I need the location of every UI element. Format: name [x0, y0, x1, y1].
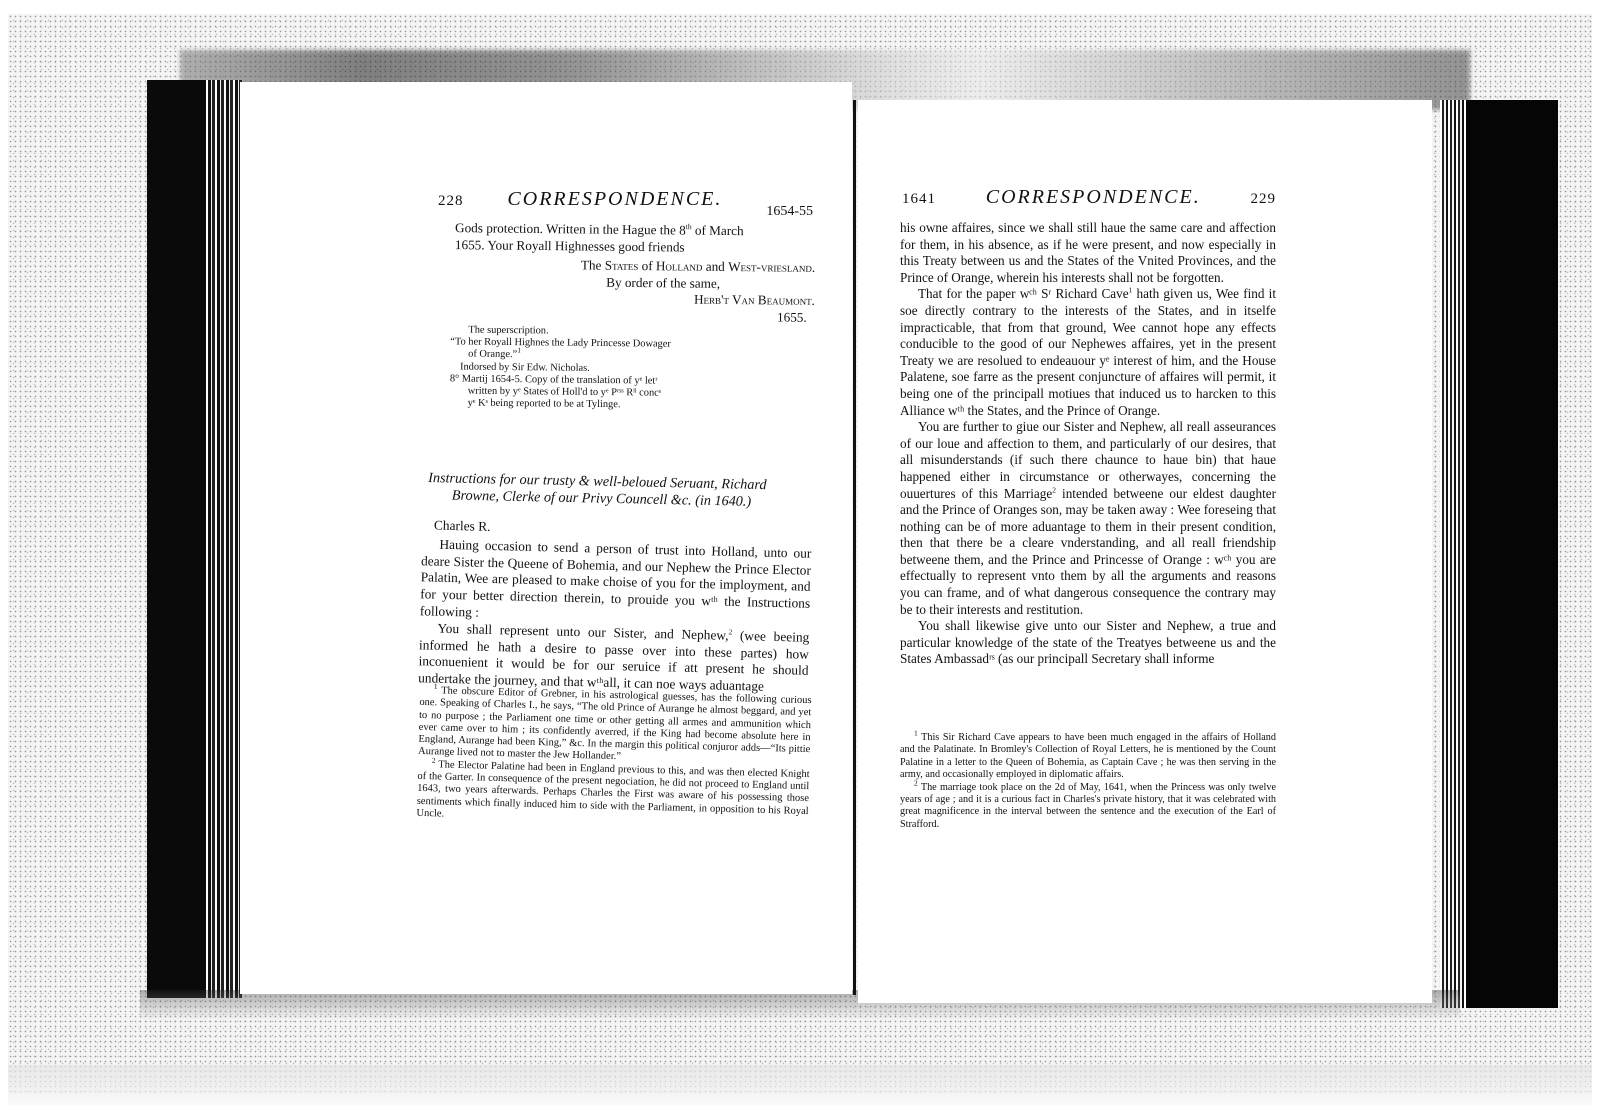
page-date: 1641 [902, 191, 936, 208]
paragraph: That for the paper wᶜʰ Sʳ Richard Cave1 … [900, 286, 1276, 419]
page-date: 1654-55 [766, 204, 813, 220]
footnote: 1 The obscure Editor of Grebner, in his … [418, 685, 812, 769]
footnote: 2 The marriage took place on the 2d of M… [900, 782, 1276, 832]
right-body-text: his owne affaires, since we shall still … [900, 220, 1276, 668]
running-head-right: 1641 CORRESPONDENCE. 229 [902, 186, 1276, 209]
footnote: 1 This Sir Richard Cave appears to have … [900, 732, 1276, 782]
left-page: 228 CORRESPONDENCE. 1654-55 Gods protect… [240, 82, 852, 994]
book-gutter [853, 100, 856, 995]
signature-block: The States of Holland and West-vriesland… [455, 256, 816, 326]
left-footnotes: 1 The obscure Editor of Grebner, in his … [416, 685, 811, 830]
paragraph: You shall likewise give unto our Sister … [900, 618, 1276, 668]
book-cover-right [1440, 100, 1558, 1008]
right-footnotes: 1 This Sir Richard Cave appears to have … [900, 732, 1276, 831]
closing-line-2: 1655. Your Royall Highnesses good friend… [455, 237, 815, 257]
paragraph: his owne affaires, since we shall still … [900, 220, 1276, 286]
left-body-text: Charles R. Hauing occasion to send a per… [418, 517, 812, 696]
page-edges-left [206, 80, 242, 998]
page-number: 228 [438, 193, 464, 210]
letter-closing: Gods protection. Written in the Hague th… [455, 220, 815, 257]
footnote: 2 The Elector Palatine had been in Engla… [416, 759, 809, 831]
right-page: 1641 CORRESPONDENCE. 229 his owne affair… [858, 100, 1432, 1003]
superscription-note: The superscription. “To her Royall Highn… [450, 324, 751, 413]
paragraph: You shall represent unto our Sister, and… [418, 620, 810, 697]
table-edge [8, 1065, 1592, 1105]
running-head-left: 228 CORRESPONDENCE. 1654-55 [438, 188, 813, 211]
running-title: CORRESPONDENCE. [507, 188, 722, 211]
page-number: 229 [1251, 191, 1277, 208]
running-title: CORRESPONDENCE. [986, 186, 1201, 209]
paragraph: You are further to giue our Sister and N… [900, 419, 1276, 618]
book-cover-left [147, 80, 242, 998]
page-edges-right [1440, 100, 1466, 1008]
instructions-heading: Instructions for our trusty & well-belou… [428, 470, 809, 512]
paragraph: Hauing occasion to send a person of trus… [420, 536, 812, 629]
